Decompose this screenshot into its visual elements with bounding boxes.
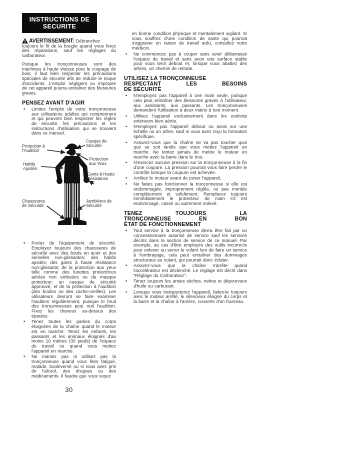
list-item: • Tenez toutes les parties du corps éloi… (22, 320, 116, 354)
list-item: • Portez de l'équipement de sécurité. Em… (22, 241, 116, 319)
arrow-casque (77, 146, 86, 149)
label-safety-helmet: Casque de Sécurité (86, 139, 114, 148)
list-item: • Lorsque vous transporterez l'appareil,… (124, 290, 247, 305)
worker-silhouette-illustration (22, 139, 116, 237)
list-item: • Assurez-vous que la chaîne ne va pas t… (124, 140, 247, 159)
bullet-icon: • (124, 229, 134, 263)
list-item: • Arrêtez le moteur avant de poser l'app… (124, 176, 247, 181)
bullet-icon: • (124, 182, 134, 206)
list-item: • Utilisez l'appareil exclusivement dans… (124, 114, 247, 124)
safety-equipment-figure: Protection à l'Audition Casque de Sécuri… (22, 139, 116, 237)
bullet-icon: • (124, 279, 134, 289)
page-title: INSTRUCTIONS DE SECURITE (22, 13, 97, 33)
intro-paragraph: Puisque les tronçonneuses sont des machi… (22, 62, 116, 96)
arrow-chaussures (47, 206, 65, 219)
bullet-icon: • (124, 52, 134, 71)
label-safety-shoes: Chaussures de Sécurité (22, 199, 48, 208)
bullet-icon: • (22, 241, 32, 319)
arrow-audition (47, 150, 65, 153)
list-item: • Ne faites pas fonctionner la tronçonne… (124, 182, 247, 206)
arrow-gants (89, 181, 94, 184)
bullet-icon: • (124, 176, 134, 181)
list-item: • N'exercez aucune pression sur la tronç… (124, 161, 247, 176)
bullet-icon: • (124, 161, 134, 176)
list-item: • Tout service à la tronçonneuse devra ê… (124, 229, 247, 263)
list-item: • Ne maniez pas ni utilisez pas la tronç… (22, 355, 116, 379)
warning-paragraph: AVERTISSEMENT:Débranchez toujours le fil… (22, 38, 116, 58)
title-line-1: INSTRUCTIONS DE (29, 16, 89, 23)
label-safety-chaps: Jambières de Sécurité (86, 199, 114, 208)
column-gap (116, 11, 124, 393)
label-heavy-duty-gloves: Gants à Haute Résistance (87, 172, 116, 181)
list-item: • Tenez toujours les anses sèches, nette… (124, 279, 247, 289)
bullet-icon: • (22, 355, 32, 379)
title-line-2: SECURITE (43, 23, 76, 30)
bullet-icon: • (124, 94, 134, 113)
bullet-icon: • (22, 320, 32, 354)
manual-page: { "page": { "title1": "INSTRUCTIONS DE",… (0, 0, 360, 466)
bullet-icon: • (22, 107, 32, 136)
right-column: en bonne condition physique et mentaleme… (124, 28, 247, 393)
page-number: 30 (22, 386, 116, 394)
page-content: INSTRUCTIONS DE SECURITE AVERTISSEMENT:D… (22, 11, 248, 363)
label-hearing-protection: Protection à l'Audition (22, 144, 47, 153)
bullet-icon: • (124, 264, 134, 279)
list-item: • Assurez-vous que la chaîne s'arrête qu… (124, 264, 247, 279)
list-item: • Ne commencez pas à couper sans avoir d… (124, 52, 247, 71)
left-column: INSTRUCTIONS DE SECURITE AVERTISSEMENT:D… (22, 11, 116, 393)
continuation-paragraph: en bonne condition physique et mentaleme… (124, 32, 247, 51)
label-eye-protection: Protection aux Yeux (89, 157, 116, 166)
list-item: • Limitez l'emploi de votre tronçonneuse… (22, 107, 116, 136)
section-heading-pensez: PENSEZ AVANT D'AGIR (22, 100, 116, 106)
bullet-icon: • (124, 125, 134, 140)
bullet-icon: • (124, 290, 134, 305)
label-fitted-clothes: Habits Ajustés (23, 162, 43, 171)
list-item: • N'employez pas l'appareil à une main s… (124, 94, 247, 113)
bullet-icon: • (124, 114, 134, 124)
section-heading-tenez: TENEZ TOUJOURS LA TRONÇONNEUSE EN BON ÉT… (124, 211, 247, 228)
list-item: • N'employez pas l'appareil debout ou as… (124, 125, 247, 140)
bullet-icon: • (124, 140, 134, 159)
section-heading-utilisez: UTILISEZ LA TRONÇONNEUSE RESPECTANT LES … (124, 76, 247, 93)
